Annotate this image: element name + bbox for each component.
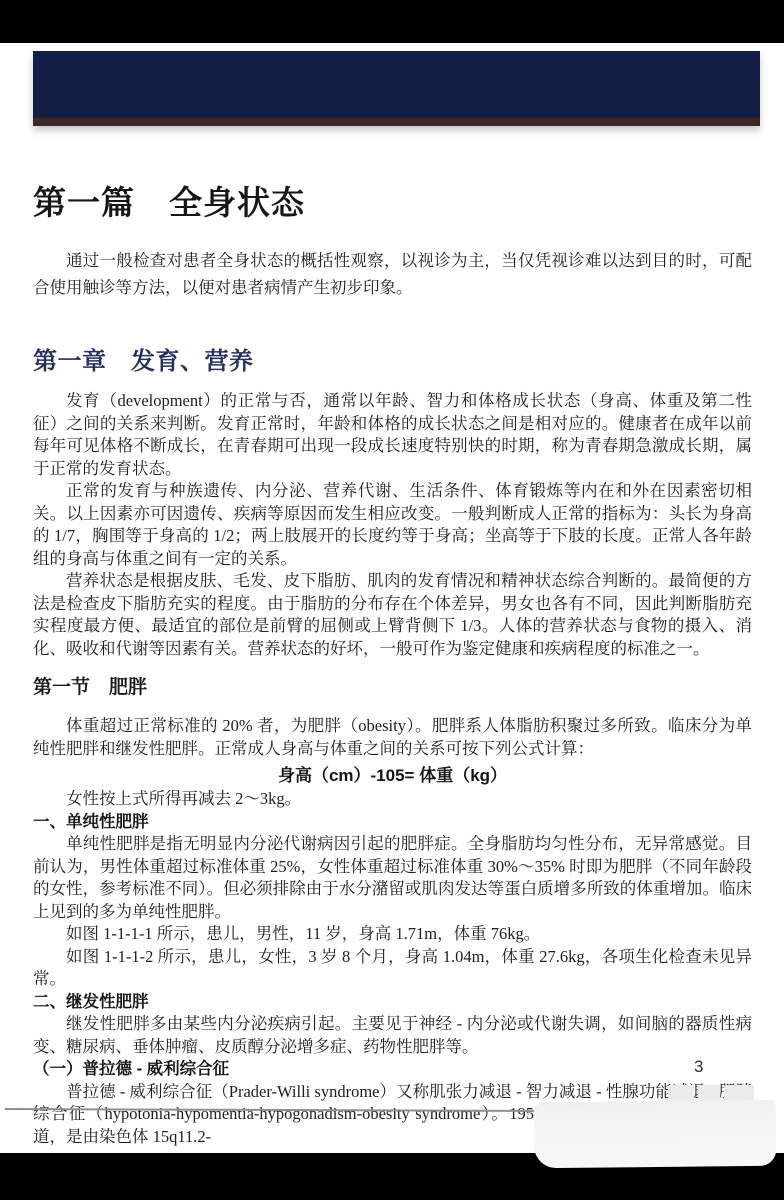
chapter-body: 发育（development）的正常与否，通常以年龄、智力和体格成长状态（身高、… bbox=[33, 390, 752, 660]
section-body: 体重超过正常标准的 20% 者，为肥胖（obesity）。肥胖系人体脂肪积聚过多… bbox=[33, 715, 752, 1148]
header-banner bbox=[33, 51, 760, 126]
chapter-paragraph: 正常的发育与种族遗传、内分泌、营养代谢、生活条件、体育锻炼等内在和外在因素密切相… bbox=[33, 480, 752, 570]
scanned-book-page: 第一篇 全身状态 通过一般检查对患者全身状态的概括性观察，以视诊为主，当仅凭视诊… bbox=[0, 0, 784, 1200]
chapter-paragraph: 营养状态是根据皮肤、毛发、皮下脂肪、肌肉的发育情况和精神状态综合判断的。最简便的… bbox=[33, 570, 752, 660]
intro-paragraph: 通过一般检查对患者全身状态的概括性观察，以视诊为主，当仅凭视诊难以达到目的时，可… bbox=[33, 247, 752, 301]
subsection-heading-secondary-obesity: 二、继发性肥胖 bbox=[33, 991, 752, 1014]
watermark-fragment bbox=[668, 1085, 694, 1101]
page-number: 3 bbox=[694, 1057, 703, 1077]
subsection-paragraph: 继发性肥胖多由某些内分泌疾病引起。主要见于神经 - 内分泌或代谢失调，如间脑的器… bbox=[33, 1013, 752, 1058]
corner-paper-sticker bbox=[534, 1100, 777, 1169]
figure-reference: 如图 1-1-1-1 所示，患儿，男性，11 岁，身高 1.71m，体重 76k… bbox=[33, 923, 752, 946]
weight-formula: 身高（cm）-105= 体重（kg） bbox=[33, 764, 752, 788]
subsection-paragraph: 单纯性肥胖是指无明显内分泌代谢病因引起的肥胖症。全身脂肪均匀性分布，无异常感觉。… bbox=[33, 833, 752, 923]
chapter-title: 第一章 发育、营养 bbox=[33, 346, 752, 378]
section-lead-paragraph: 体重超过正常标准的 20% 者，为肥胖（obesity）。肥胖系人体脂肪积聚过多… bbox=[33, 715, 752, 760]
subsection-heading-simple-obesity: 一、单纯性肥胖 bbox=[33, 811, 752, 834]
watermark-fragment bbox=[724, 1085, 754, 1101]
section-title: 第一节 肥胖 bbox=[33, 675, 752, 701]
formula-note: 女性按上式所得再减去 2～3kg。 bbox=[33, 788, 752, 811]
chapter-paragraph: 发育（development）的正常与否，通常以年龄、智力和体格成长状态（身高、… bbox=[33, 390, 752, 480]
sub-subsection-heading-prader-willi: （一）普拉德 - 威利综合征 bbox=[33, 1058, 752, 1081]
figure-reference: 如图 1-1-1-2 所示，患儿，女性，3 岁 8 个月，身高 1.04m，体重… bbox=[33, 946, 752, 991]
watermark-fragment bbox=[698, 1085, 720, 1101]
page-content: 第一篇 全身状态 通过一般检查对患者全身状态的概括性观察，以视诊为主，当仅凭视诊… bbox=[33, 183, 752, 1148]
part-title: 第一篇 全身状态 bbox=[33, 183, 752, 223]
scan-top-bar bbox=[0, 0, 784, 43]
